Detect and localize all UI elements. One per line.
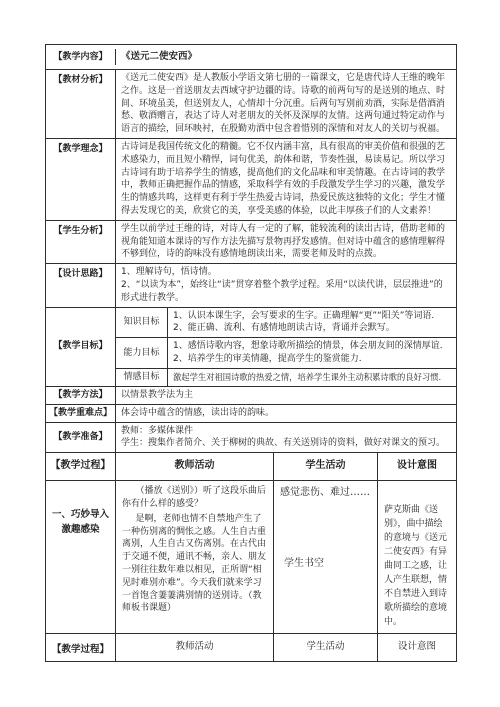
row-preparation: 【教学准备】 教师：多媒体课件 学生：搜集作者简介、关于柳树的典故、有关送别诗的…	[46, 423, 456, 454]
teaching-content-label: 【教学内容】	[46, 49, 116, 66]
row-teaching-content: 【教学内容】 《送元二使安西》	[46, 45, 456, 70]
ability-goal-line1: 1、感悟诗歌内容，想象诗歌所描绘的情景，体会朋友间的深情厚谊.	[173, 340, 451, 353]
teaching-method-label: 【教学方法】	[46, 387, 116, 404]
process-footer-label: 【教学过程】	[46, 634, 116, 661]
teaching-philosophy-text: 古诗词是我国传统文化的精髓。它不仅内涵丰富，具有很高的审美价值和很强的艺术感染力…	[116, 139, 456, 220]
row-design-ideas: 【设计思路】 1、理解诗句，悟诗情。 2、“以读为本”，始终让“读”贯穿着整个教…	[46, 264, 456, 307]
preparation-teacher-line: 教师：多媒体课件	[121, 425, 451, 438]
row-process-stage1: 一、巧妙导入 激趣感染 （播放《送别》）听了这段乐曲后你有什么样的感受？ 是啊，…	[46, 481, 456, 634]
teacher-activity-question: （播放《送别》）听了这段乐曲后你有什么样的感受？	[122, 485, 267, 511]
row-objectives: 【教学目标】 知识目标 1、认识本课生字，会写要求的生字。正确理解“更”“阳关”…	[46, 308, 456, 387]
process-header-teacher-col: 教师活动	[116, 453, 274, 480]
knowledge-goal-text: 1、认识本课生字，会写要求的生字。正确理解“更”“阳关”等词语. 2、能正确、流…	[168, 308, 456, 338]
material-analysis-text: 《送元二使安西》是人教版小学语文第七册的一篇课文，它是唐代诗人王维的晚年之作。这…	[116, 70, 456, 138]
material-analysis-label: 【教材分析】	[46, 70, 116, 138]
design-ideas-line2: 2、“以读为本”，始终让“读”贯穿着整个教学过程。采用“以读代讲，层层推进”的形…	[121, 279, 451, 305]
teacher-activity-paragraph: 是啊，老师也情不自禁地产生了一种伤别离的惆怅之感。人生自古重离别，人生自古又伤离…	[122, 513, 267, 615]
process-footer-student-col: 学生活动	[274, 634, 378, 661]
row-key-points: 【教学重难点】 体会诗中蕴含的情感，读出诗的韵味。	[46, 405, 456, 423]
student-analysis-text: 学生以前学过王维的诗，对诗人有一定的了解，能较流利的读出古诗，借助老师的视角能知…	[116, 221, 456, 263]
preparation-student-line: 学生：搜集作者简介、关于柳树的典故、有关送别诗的资料，做好对课文的预习。	[121, 437, 451, 450]
knowledge-goal-label: 知识目标	[116, 308, 168, 338]
design-intent-cell: 萨克斯曲《送别》，曲中描绘的意境与《送元二使安西》有异曲同工之感，让人产生联想，…	[378, 481, 456, 633]
row-student-analysis: 【学生分析】 学生以前学过王维的诗，对诗人有一定的了解，能较流利的读出古诗，借助…	[46, 221, 456, 264]
design-ideas-label: 【设计思路】	[46, 264, 116, 306]
row-teaching-method: 【教学方法】 以情景教学法为主	[46, 387, 456, 405]
student-activity-cell: 感觉悲伤、难过…… 学生书空	[274, 481, 378, 633]
objectives-subtable: 知识目标 1、认识本课生字，会写要求的生字。正确理解“更”“阳关”等词语. 2、…	[116, 308, 456, 386]
teaching-philosophy-label: 【教学理念】	[46, 139, 116, 220]
design-ideas-line1: 1、理解诗句，悟诗情。	[121, 266, 451, 279]
process-header-design-col: 设计意图	[378, 453, 456, 480]
key-points-label: 【教学重难点】	[46, 405, 116, 422]
stage-title-line1: 一、巧妙导入	[46, 507, 115, 522]
emotion-goal-label: 情感目标	[116, 369, 168, 386]
emotion-goal-text: 激起学生对祖国诗歌的热爱之情，培养学生课外主动积累诗歌的良好习惯.	[168, 369, 456, 386]
objectives-ability-row: 能力目标 1、感悟诗歌内容，想象诗歌所描绘的情景，体会朋友间的深情厚谊. 2、培…	[116, 337, 456, 368]
lesson-plan-table: 【教学内容】 《送元二使安西》 【教材分析】 《送元二使安西》是人教版小学语文第…	[45, 44, 457, 662]
stage-title-cell: 一、巧妙导入 激趣感染	[46, 481, 116, 633]
stage-title-line2: 激趣感染	[46, 522, 115, 537]
teaching-method-text: 以情景教学法为主	[116, 387, 456, 404]
row-process-header: 【教学过程】 教师活动 学生活动 设计意图	[46, 453, 456, 481]
objectives-label: 【教学目标】	[46, 308, 116, 386]
design-ideas-text: 1、理解诗句，悟诗情。 2、“以读为本”，始终让“读”贯穿着整个教学过程。采用“…	[116, 264, 456, 306]
student-analysis-label: 【学生分析】	[46, 221, 116, 263]
preparation-label: 【教学准备】	[46, 423, 116, 453]
teaching-content-value: 《送元二使安西》	[116, 49, 456, 66]
objectives-knowledge-row: 知识目标 1、认识本课生字，会写要求的生字。正确理解“更”“阳关”等词语. 2、…	[116, 308, 456, 338]
process-header-label: 【教学过程】	[46, 453, 116, 480]
knowledge-goal-line1: 1、认识本课生字，会写要求的生字。正确理解“更”“阳关”等词语.	[173, 310, 451, 323]
ability-goal-line2: 2、培养学生的审美情趣，提高学生的鉴赏能力.	[173, 353, 451, 366]
row-teaching-philosophy: 【教学理念】 古诗词是我国传统文化的精髓。它不仅内涵丰富，具有很高的审美价值和很…	[46, 139, 456, 221]
key-points-text: 体会诗中蕴含的情感，读出诗的韵味。	[116, 405, 456, 422]
ability-goal-label: 能力目标	[116, 338, 168, 368]
preparation-text: 教师：多媒体课件 学生：搜集作者简介、关于柳树的典故、有关送别诗的资料，做好对课…	[116, 423, 456, 453]
document-page: 【教学内容】 《送元二使安西》 【教材分析】 《送元二使安西》是人教版小学语文第…	[0, 0, 500, 707]
row-process-footer: 【教学过程】 教师活动 学生活动 设计意图	[46, 634, 456, 661]
process-header-student-col: 学生活动	[274, 453, 378, 480]
student-activity-line2: 学生书空	[280, 558, 371, 571]
process-footer-design-col: 设计意图	[378, 634, 456, 661]
knowledge-goal-line2: 2、能正确、流利、有感情地朗读古诗，背诵并会默写。	[173, 322, 451, 335]
process-footer-teacher-col: 教师活动	[116, 634, 274, 661]
student-activity-line1: 感觉悲伤、难过……	[280, 487, 371, 500]
teacher-activity-cell: （播放《送别》）听了这段乐曲后你有什么样的感受？ 是啊，老师也情不自禁地产生了一…	[116, 481, 274, 633]
objectives-emotion-row: 情感目标 激起学生对祖国诗歌的热爱之情，培养学生课外主动积累诗歌的良好习惯.	[116, 368, 456, 386]
ability-goal-text: 1、感悟诗歌内容，想象诗歌所描绘的情景，体会朋友间的深情厚谊. 2、培养学生的审…	[168, 338, 456, 368]
row-material-analysis: 【教材分析】 《送元二使安西》是人教版小学语文第七册的一篇课文，它是唐代诗人王维…	[46, 70, 456, 139]
